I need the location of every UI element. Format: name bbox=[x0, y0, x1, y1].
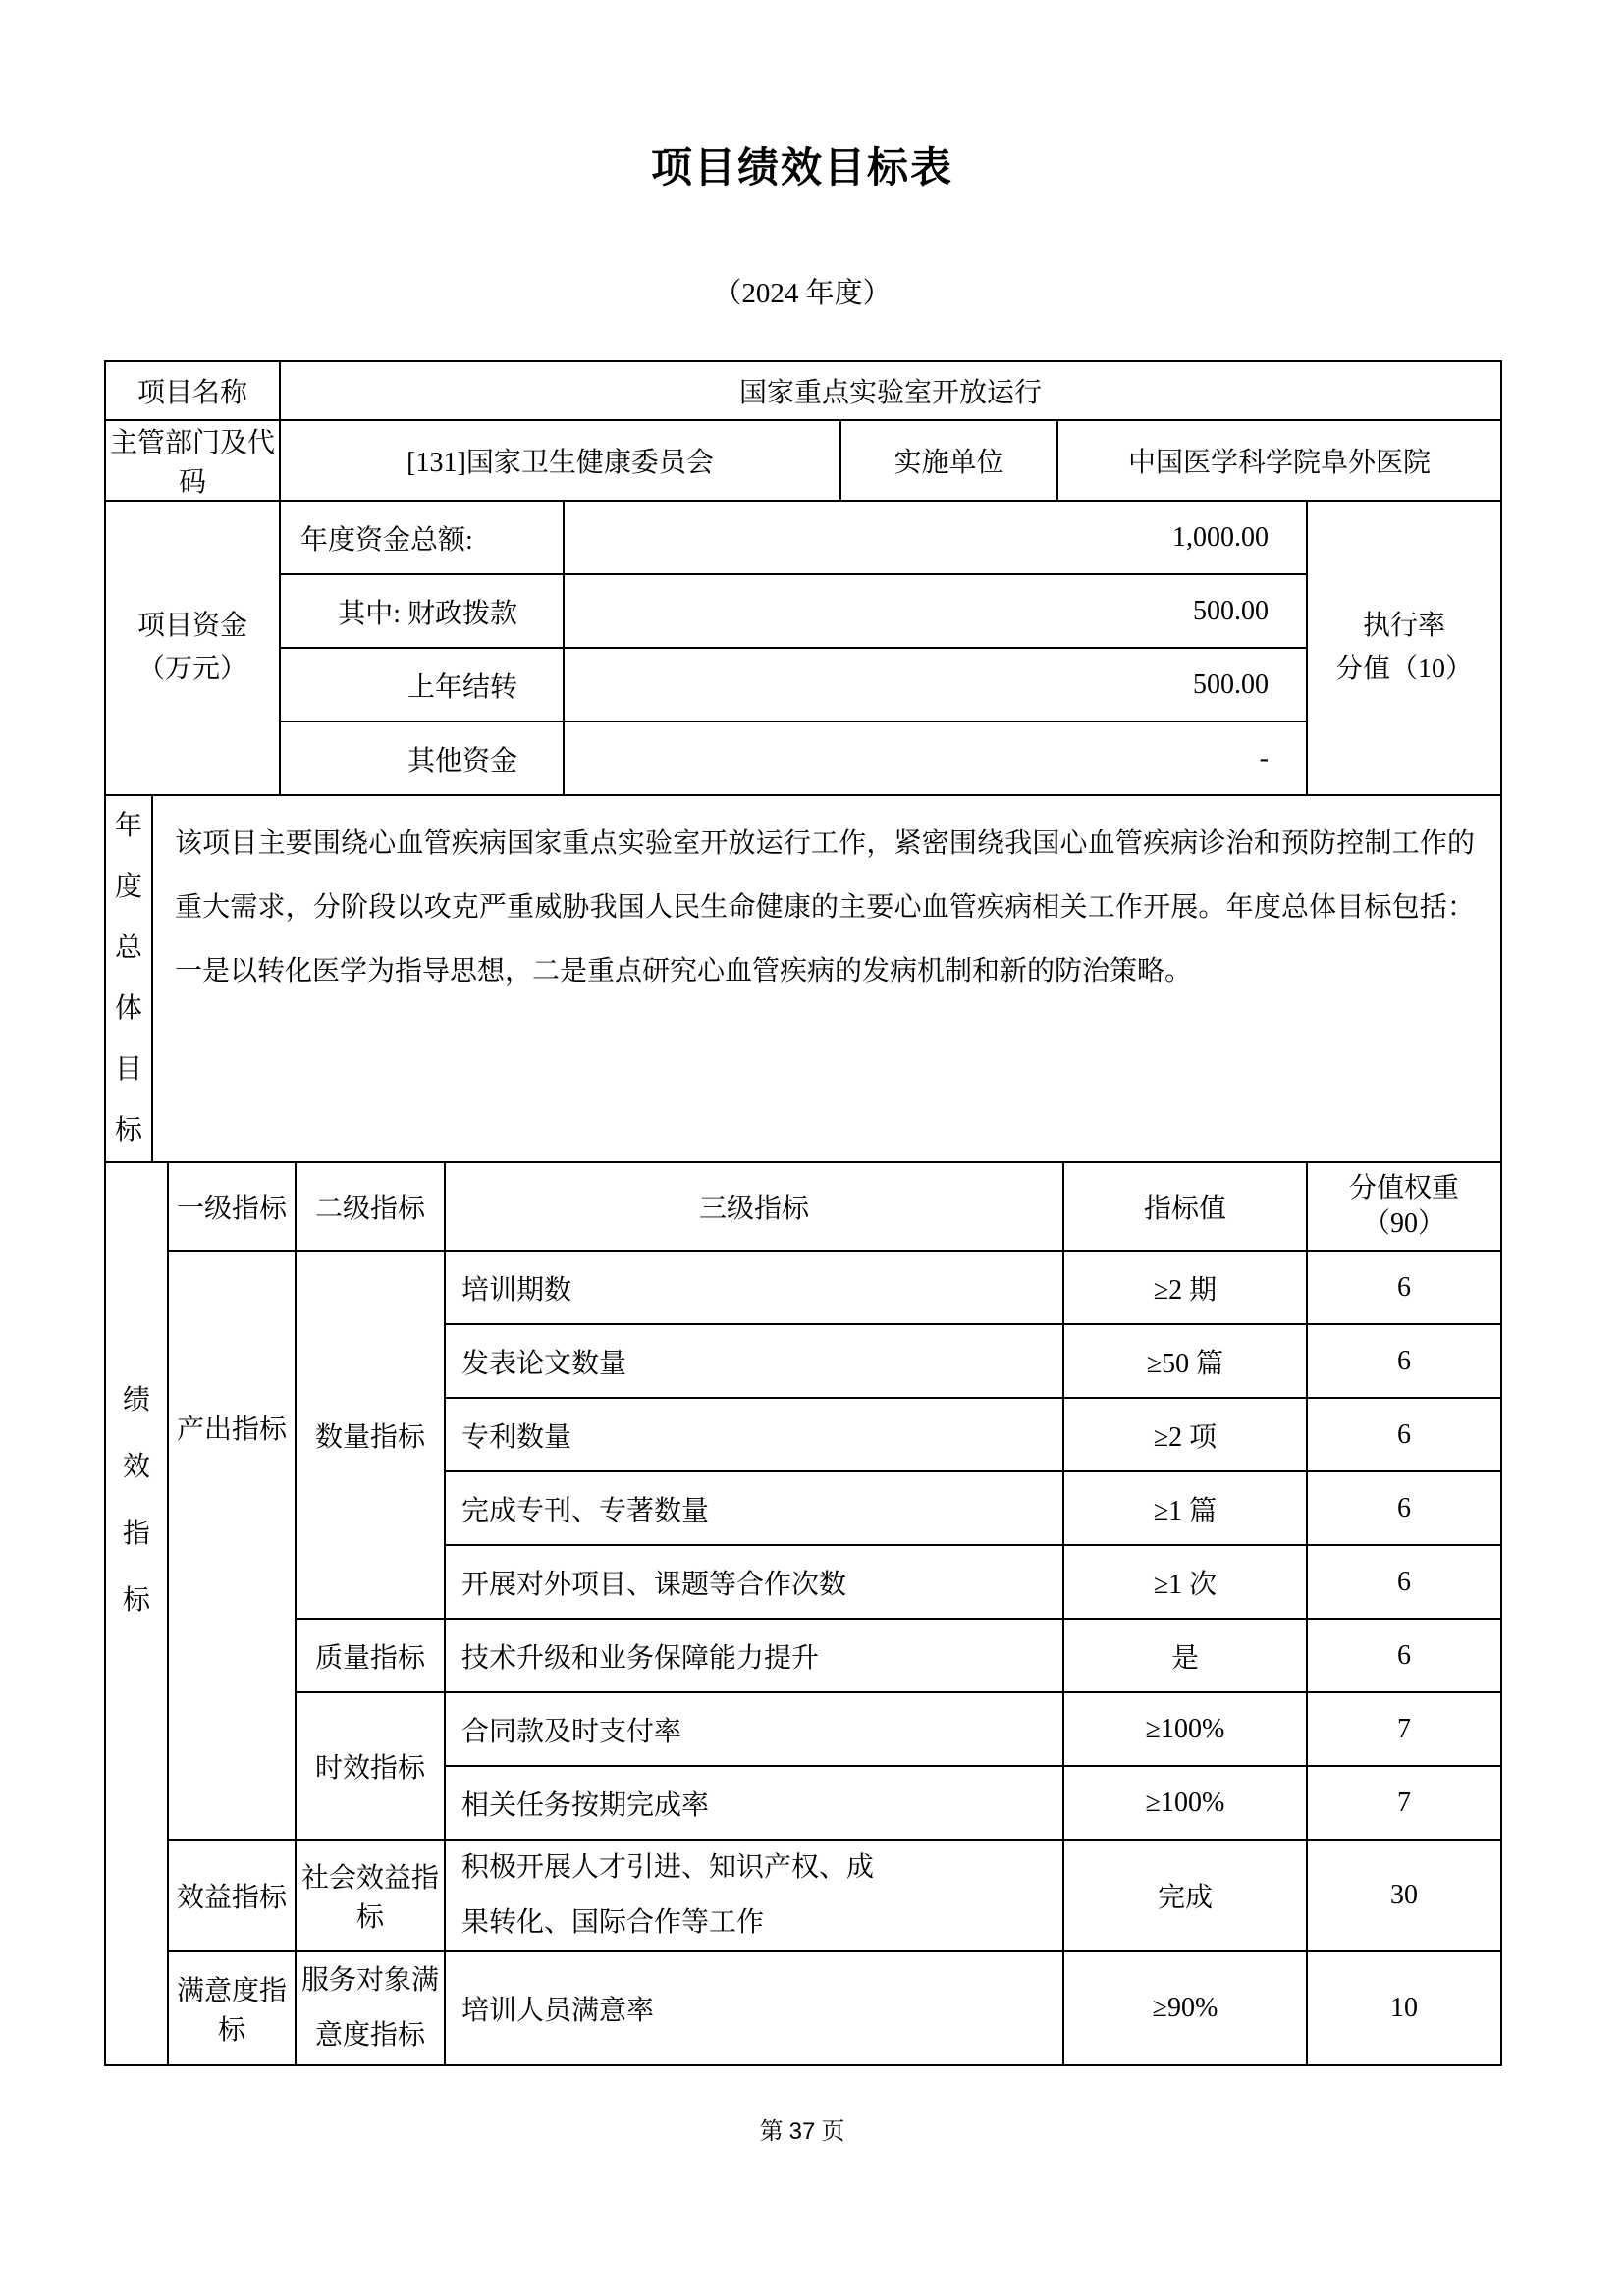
funding-label-line2: （万元） bbox=[106, 648, 279, 691]
table-row: 主管部门及代码 [131]国家卫生健康委员会 实施单位 中国医学科学院阜外医院 bbox=[105, 420, 1501, 501]
level2-quality-indicator: 质量指标 bbox=[296, 1619, 445, 1692]
level1-satisfaction-indicator: 满意度指标 bbox=[168, 1951, 296, 2065]
level3-indicator: 发表论文数量 bbox=[445, 1324, 1063, 1398]
indicator-weight: 6 bbox=[1307, 1545, 1501, 1619]
indicator-weight: 6 bbox=[1307, 1398, 1501, 1471]
execution-rate-line1: 执行率 bbox=[1308, 605, 1500, 648]
annual-goal-label-chars: 年 度 总 体 目 标 bbox=[106, 796, 151, 1161]
table-row: 质量指标 技术升级和业务保障能力提升 是 6 bbox=[105, 1619, 1501, 1692]
funding-label-line1: 项目资金 bbox=[106, 605, 279, 648]
table-row: 时效指标 合同款及时支付率 ≥100% 7 bbox=[105, 1692, 1501, 1766]
table-row: 项目名称 国家重点实验室开放运行 bbox=[105, 361, 1501, 420]
header-weight: 分值权重 （90） bbox=[1307, 1162, 1501, 1251]
impl-unit-value: 中国医学科学院阜外医院 bbox=[1057, 420, 1501, 501]
table-row: 满意度指标 服务对象满意度指标 培训人员满意率 ≥90% 10 bbox=[105, 1951, 1501, 2065]
indicators-table: 绩 效 指 标 一级指标 二级指标 三级指标 指标值 分值权重 （90） 产出指… bbox=[104, 1161, 1502, 2066]
indicator-value: 完成 bbox=[1063, 1840, 1307, 1951]
table-row: 项目资金 （万元） 年度资金总额: 1,000.00 执行率 分值（10） bbox=[105, 501, 1501, 574]
funding-carryover-value: 500.00 bbox=[564, 648, 1307, 721]
level3-indicator: 相关任务按期完成率 bbox=[445, 1766, 1063, 1840]
funding-other-label: 其他资金 bbox=[280, 721, 564, 795]
indicator-weight: 6 bbox=[1307, 1251, 1501, 1324]
page-number: 37 bbox=[789, 2118, 816, 2145]
level3-indicator: 技术升级和业务保障能力提升 bbox=[445, 1619, 1063, 1692]
indicators-header-row: 绩 效 指 标 一级指标 二级指标 三级指标 指标值 分值权重 （90） bbox=[105, 1162, 1501, 1251]
performance-indicators-label-chars: 绩 效 指 标 bbox=[106, 1367, 167, 1634]
funding-total-label: 年度资金总额: bbox=[280, 501, 564, 574]
table-row: 其他资金 - bbox=[105, 721, 1501, 795]
header-value: 指标值 bbox=[1063, 1162, 1307, 1251]
funding-carryover-label: 上年结转 bbox=[280, 648, 564, 721]
indicator-value: ≥2 项 bbox=[1063, 1398, 1307, 1471]
sheet: 项目绩效目标表 （2024 年度） 项目名称 国家重点实验室开放运行 主管部门及… bbox=[0, 0, 1624, 2146]
indicator-value: ≥1 篇 bbox=[1063, 1471, 1307, 1545]
funding-label: 项目资金 （万元） bbox=[105, 501, 280, 795]
table-row: 产出指标 数量指标 培训期数 ≥2 期 6 bbox=[105, 1251, 1501, 1324]
document-page: 项目绩效目标表 （2024 年度） 项目名称 国家重点实验室开放运行 主管部门及… bbox=[0, 0, 1624, 2296]
performance-indicators-label: 绩 效 指 标 bbox=[105, 1162, 168, 2065]
indicator-weight: 10 bbox=[1307, 1951, 1501, 2065]
funding-total-value: 1,000.00 bbox=[564, 501, 1307, 574]
page-subtitle: （2024 年度） bbox=[104, 276, 1500, 311]
funding-fiscal-label: 其中: 财政拨款 bbox=[280, 574, 564, 648]
indicator-value: ≥2 期 bbox=[1063, 1251, 1307, 1324]
level3-indicator: 完成专刊、专著数量 bbox=[445, 1471, 1063, 1545]
level3-indicator: 开展对外项目、课题等合作次数 bbox=[445, 1545, 1063, 1619]
execution-rate-label: 执行率 分值（10） bbox=[1307, 501, 1501, 795]
funding-table: 项目资金 （万元） 年度资金总额: 1,000.00 执行率 分值（10） 其中… bbox=[104, 500, 1502, 796]
level1-output-indicator: 产出指标 bbox=[168, 1251, 296, 1840]
indicator-value: ≥90% bbox=[1063, 1951, 1307, 2065]
header-level3: 三级指标 bbox=[445, 1162, 1063, 1251]
project-name-label: 项目名称 bbox=[105, 361, 280, 420]
level3-indicator: 合同款及时支付率 bbox=[445, 1692, 1063, 1766]
annual-goal-table: 年 度 总 体 目 标 该项目主要围绕心血管疾病国家重点实验室开放运行工作，紧密… bbox=[104, 794, 1502, 1163]
level3-indicator: 培训人员满意率 bbox=[445, 1951, 1063, 2065]
page-footer: 第 37 页 bbox=[104, 2111, 1500, 2146]
indicator-value: ≥50 篇 bbox=[1063, 1324, 1307, 1398]
project-name-value: 国家重点实验室开放运行 bbox=[280, 361, 1501, 420]
indicator-value: ≥100% bbox=[1063, 1766, 1307, 1840]
annual-goal-label: 年 度 总 体 目 标 bbox=[105, 795, 152, 1162]
level3-indicator: 培训期数 bbox=[445, 1251, 1063, 1324]
indicator-weight: 7 bbox=[1307, 1692, 1501, 1766]
dept-value: [131]国家卫生健康委员会 bbox=[280, 420, 840, 501]
table-row: 上年结转 500.00 bbox=[105, 648, 1501, 721]
header-level1: 一级指标 bbox=[168, 1162, 296, 1251]
indicator-value: 是 bbox=[1063, 1619, 1307, 1692]
funding-fiscal-value: 500.00 bbox=[564, 574, 1307, 648]
indicator-weight: 6 bbox=[1307, 1619, 1501, 1692]
level2-service-satisfaction-indicator: 服务对象满意度指标 bbox=[296, 1951, 445, 2065]
table-row: 效益指标 社会效益指标 积极开展人才引进、知识产权、成果转化、国际合作等工作 完… bbox=[105, 1840, 1501, 1951]
level3-indicator: 专利数量 bbox=[445, 1398, 1063, 1471]
project-info-table: 项目名称 国家重点实验室开放运行 主管部门及代码 [131]国家卫生健康委员会 … bbox=[104, 360, 1502, 502]
annual-goal-text: 该项目主要围绕心血管疾病国家重点实验室开放运行工作，紧密围绕我国心血管疾病诊治和… bbox=[152, 795, 1501, 1162]
indicator-value: ≥1 次 bbox=[1063, 1545, 1307, 1619]
table-row: 年 度 总 体 目 标 该项目主要围绕心血管疾病国家重点实验室开放运行工作，紧密… bbox=[105, 795, 1501, 1162]
indicator-weight: 30 bbox=[1307, 1840, 1501, 1951]
level1-benefit-indicator: 效益指标 bbox=[168, 1840, 296, 1951]
header-level2: 二级指标 bbox=[296, 1162, 445, 1251]
level3-indicator: 积极开展人才引进、知识产权、成果转化、国际合作等工作 bbox=[445, 1840, 1063, 1951]
indicator-weight: 7 bbox=[1307, 1766, 1501, 1840]
level2-quantity-indicator: 数量指标 bbox=[296, 1251, 445, 1619]
impl-unit-label: 实施单位 bbox=[840, 420, 1057, 501]
indicator-value: ≥100% bbox=[1063, 1692, 1307, 1766]
page-title: 项目绩效目标表 bbox=[104, 143, 1500, 192]
table-row: 其中: 财政拨款 500.00 bbox=[105, 574, 1501, 648]
indicator-weight: 6 bbox=[1307, 1324, 1501, 1398]
indicator-weight: 6 bbox=[1307, 1471, 1501, 1545]
funding-other-value: - bbox=[564, 721, 1307, 795]
execution-rate-line2: 分值（10） bbox=[1308, 648, 1500, 691]
level2-social-benefit-indicator: 社会效益指标 bbox=[296, 1840, 445, 1951]
level2-timeliness-indicator: 时效指标 bbox=[296, 1692, 445, 1840]
dept-label: 主管部门及代码 bbox=[105, 420, 280, 501]
